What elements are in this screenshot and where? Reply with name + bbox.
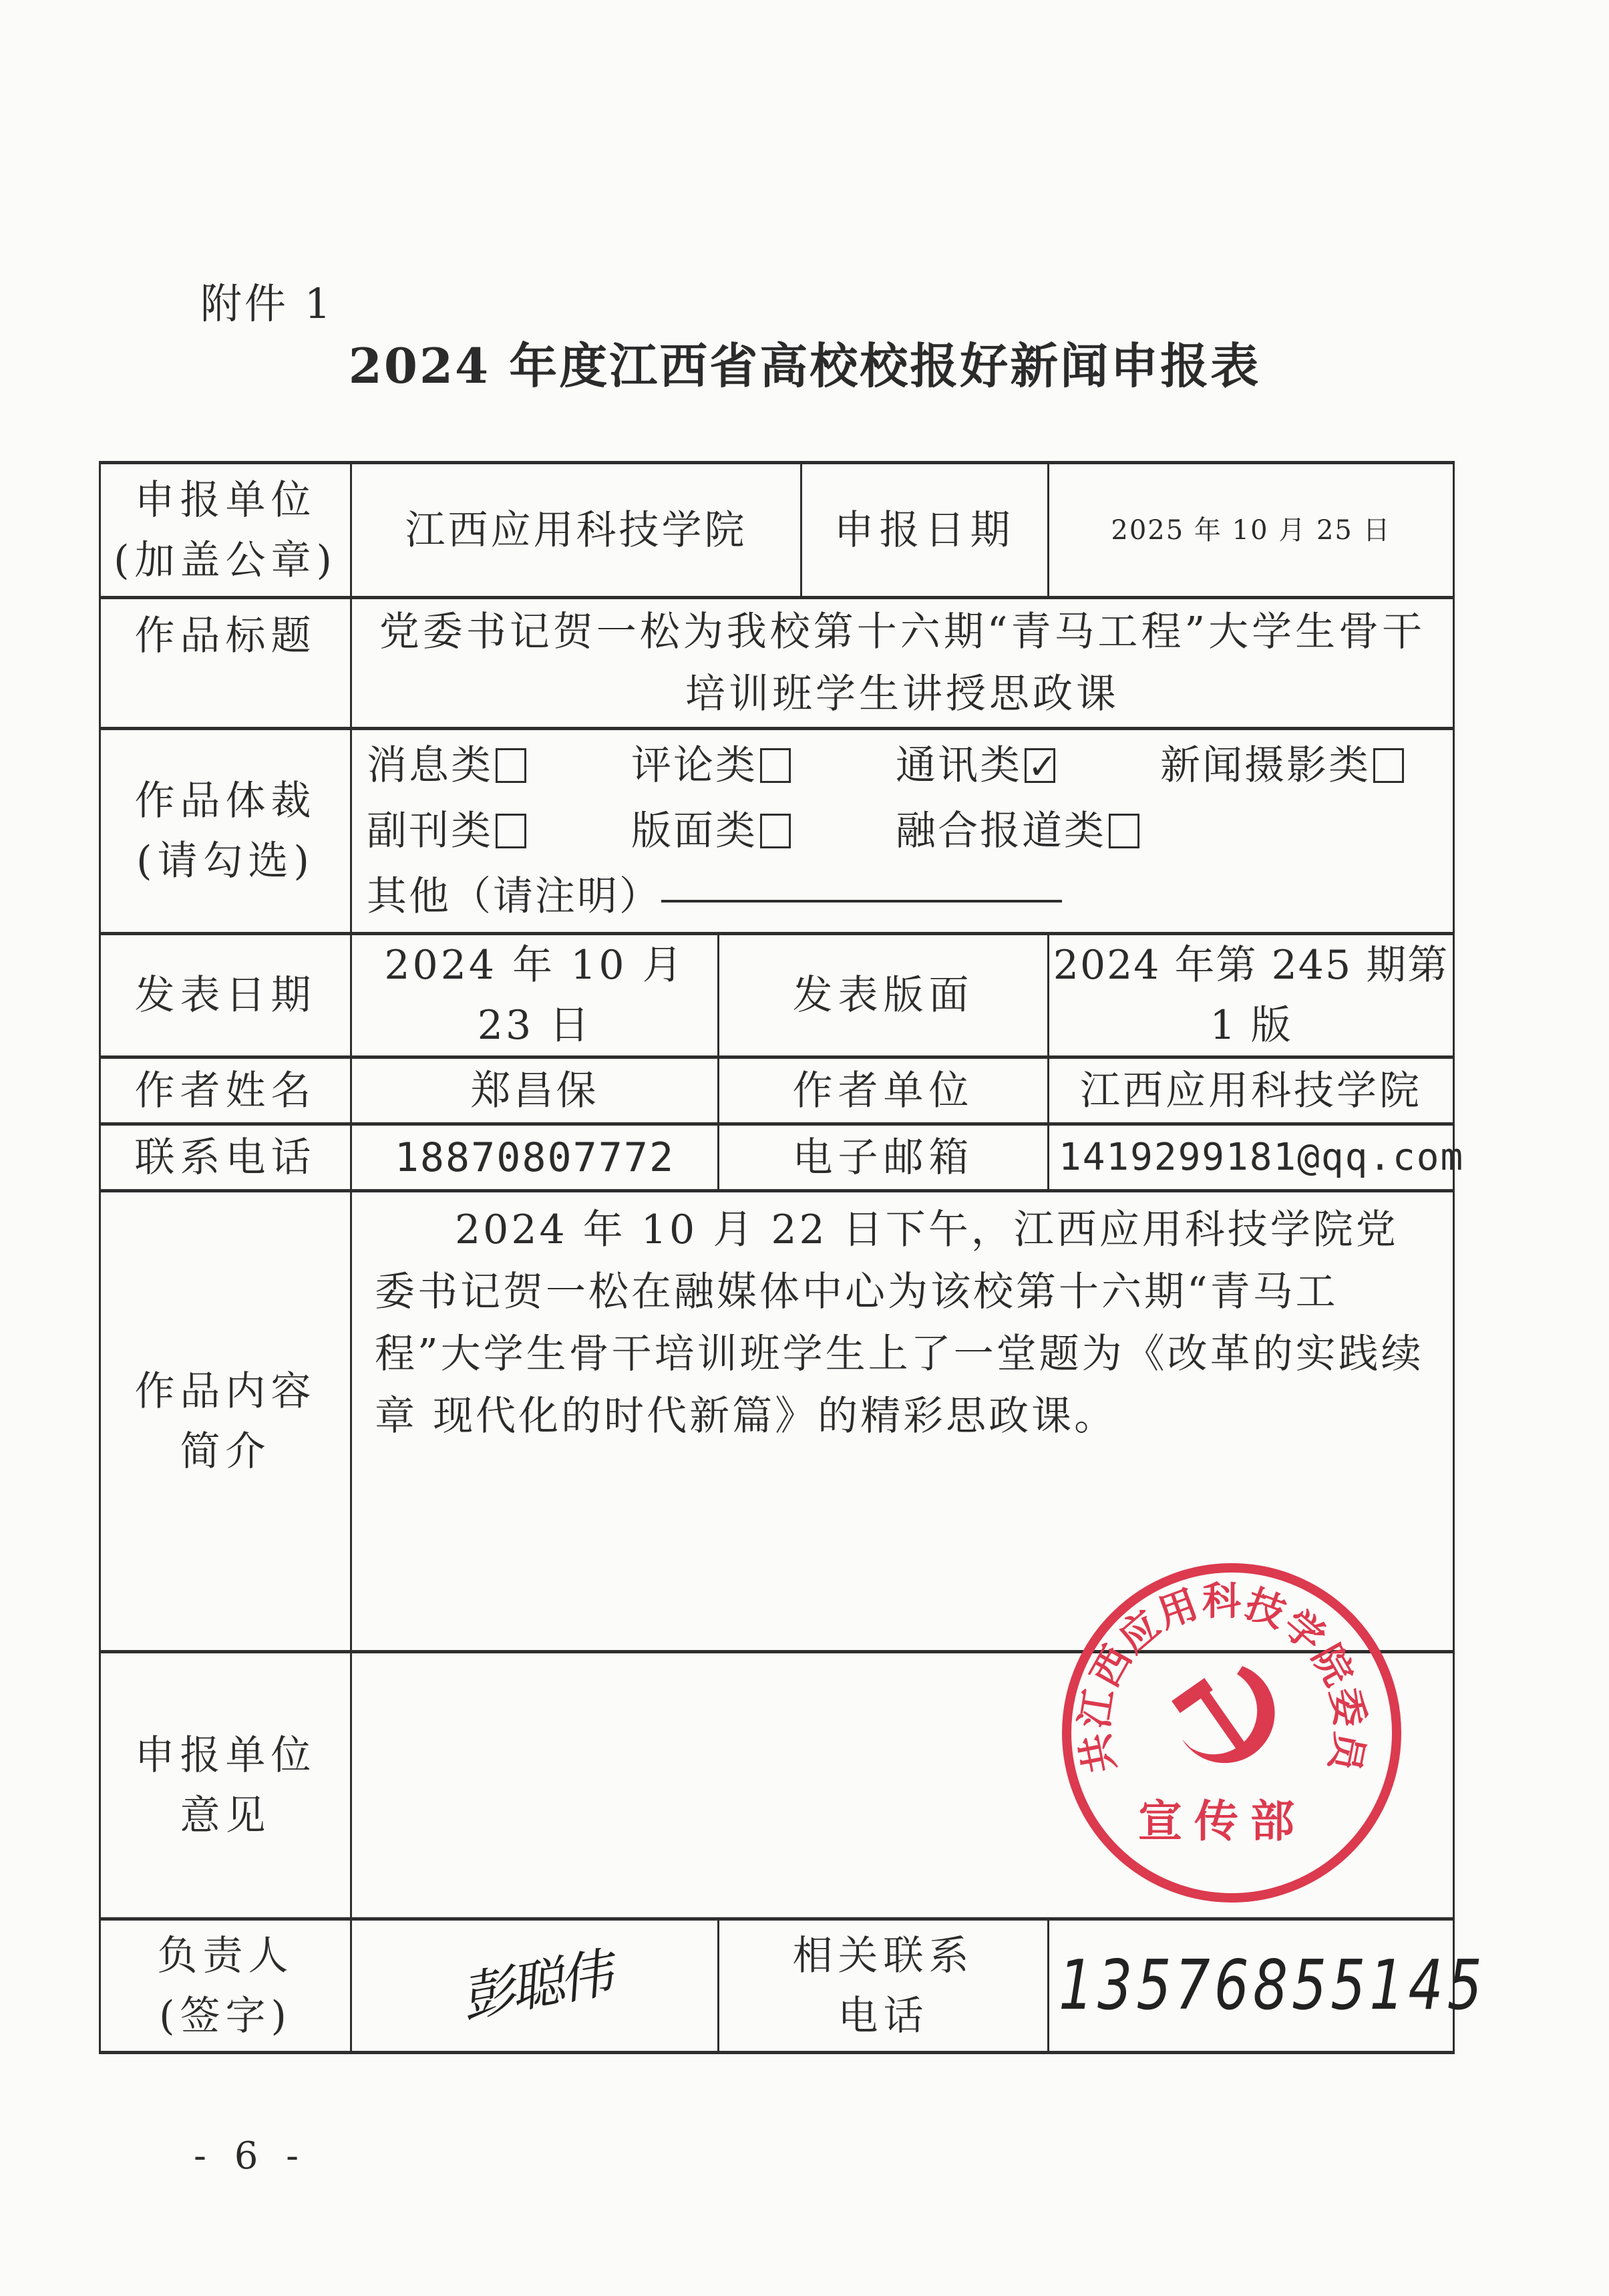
label-line: 作品内容 bbox=[110, 1361, 341, 1422]
option-label: 新闻摄影类 bbox=[1160, 742, 1371, 789]
genre-option-commentary[interactable]: 评论类 bbox=[631, 735, 896, 796]
genre-option-layout[interactable]: 版面类 bbox=[631, 801, 896, 861]
checkbox-checked-icon[interactable] bbox=[1025, 748, 1055, 783]
hammer-sickle-icon bbox=[1172, 1666, 1274, 1763]
checkbox-icon[interactable] bbox=[760, 748, 791, 783]
author-unit-label: 作者单位 bbox=[719, 1057, 1049, 1124]
email-value[interactable]: 1419299181@qq.com bbox=[1049, 1124, 1454, 1191]
label-line: 相关联系 bbox=[719, 1926, 1047, 1986]
signature-handwriting: 彭聪伟 bbox=[455, 1933, 614, 2038]
genre-label: 作品体裁 (请勾选) bbox=[100, 729, 351, 934]
checkbox-icon[interactable] bbox=[1373, 748, 1404, 783]
responsible-label: 负责人 (签字) bbox=[100, 1919, 351, 2053]
row-applicant: 申报单位 (加盖公章) 江西应用科技学院 申报日期 2025 年 10 月 25… bbox=[100, 463, 1454, 598]
phone-value[interactable]: 18870807772 bbox=[351, 1124, 719, 1191]
label-line: 简介 bbox=[110, 1422, 341, 1482]
option-label: 消息类 bbox=[367, 742, 493, 789]
option-label: 评论类 bbox=[631, 742, 757, 789]
publish-date-value[interactable]: 2024 年 10 月 23 日 bbox=[351, 934, 719, 1057]
contact-phone-label: 相关联系 电话 bbox=[719, 1919, 1049, 2053]
form-title: 2024 年度江西省高校校报好新闻申报表 bbox=[0, 327, 1609, 397]
phone-label: 联系电话 bbox=[100, 1124, 351, 1191]
genre-option-photo[interactable]: 新闻摄影类 bbox=[1160, 735, 1425, 796]
apply-date-value[interactable]: 2025 年 10 月 25 日 bbox=[1049, 463, 1454, 598]
row-author: 作者姓名 郑昌保 作者单位 江西应用科技学院 bbox=[100, 1057, 1454, 1124]
row-work-title: 作品标题 党委书记贺一松为我校第十六期“青马工程”大学生骨干培训班学生讲授思政课 bbox=[100, 598, 1454, 729]
label-line: 意见 bbox=[110, 1786, 341, 1846]
seal-center-text: 宣传部 bbox=[1138, 1796, 1306, 1847]
genre-options: 消息类 评论类 通讯类 新闻摄影类 副刊类 版面类 融合报道类 其他（请注明） bbox=[351, 729, 1454, 934]
publish-page-value[interactable]: 2024 年第 245 期第 1 版 bbox=[1049, 934, 1454, 1057]
option-label: 版面类 bbox=[631, 808, 757, 854]
checkbox-icon[interactable] bbox=[496, 748, 526, 783]
contact-phone-value[interactable]: 13576855145 bbox=[1049, 1919, 1454, 2053]
checkbox-icon[interactable] bbox=[760, 814, 791, 848]
label-line: (加盖公章) bbox=[110, 530, 341, 591]
checkbox-icon[interactable] bbox=[1109, 814, 1139, 848]
author-name-value[interactable]: 郑昌保 bbox=[351, 1057, 719, 1124]
row-signature: 负责人 (签字) 彭聪伟 相关联系 电话 13576855145 bbox=[100, 1919, 1454, 2053]
apply-date-label: 申报日期 bbox=[801, 463, 1049, 598]
publish-date-label: 发表日期 bbox=[100, 934, 351, 1057]
row-genre: 作品体裁 (请勾选) 消息类 评论类 通讯类 新闻摄影类 副刊类 版面类 融合报… bbox=[100, 729, 1454, 934]
page-number: - 6 - bbox=[194, 2134, 307, 2178]
row-contact: 联系电话 18870807772 电子邮箱 1419299181@qq.com bbox=[100, 1124, 1454, 1191]
opinion-label: 申报单位 意见 bbox=[100, 1652, 351, 1919]
author-unit-value[interactable]: 江西应用科技学院 bbox=[1049, 1057, 1454, 1124]
genre-option-supplement[interactable]: 副刊类 bbox=[367, 801, 631, 861]
svg-text:中共江西应用科技学院委员会: 中共江西应用科技学院委员会 bbox=[1071, 1573, 1373, 1778]
publish-page-label: 发表版面 bbox=[719, 934, 1049, 1057]
label-line: 作品体裁 bbox=[110, 771, 341, 831]
official-seal: 中共江西应用科技学院委员会 宣传部 bbox=[1062, 1563, 1401, 1903]
responsible-signature[interactable]: 彭聪伟 bbox=[351, 1919, 719, 2053]
genre-option-media[interactable]: 融合报道类 bbox=[896, 801, 1296, 861]
genre-other-label: 其他（请注明） bbox=[367, 866, 661, 927]
applicant-unit-value[interactable]: 江西应用科技学院 bbox=[351, 463, 801, 598]
author-name-label: 作者姓名 bbox=[100, 1057, 351, 1124]
seal-ring-text: 中共江西应用科技学院委员会 bbox=[1071, 1573, 1373, 1778]
attachment-label: 附件 1 bbox=[200, 271, 333, 330]
label-line: (请勾选) bbox=[110, 831, 341, 891]
summary-text: 2024 年 10 月 22 日下午，江西应用科技学院党委书记贺一松在融媒体中心… bbox=[361, 1192, 1443, 1454]
option-label: 通讯类 bbox=[896, 742, 1022, 789]
row-publish: 发表日期 2024 年 10 月 23 日 发表版面 2024 年第 245 期… bbox=[100, 934, 1454, 1057]
label-line: 电话 bbox=[719, 1986, 1047, 2046]
seal-graphic: 中共江西应用科技学院委员会 宣传部 bbox=[1071, 1573, 1373, 1874]
genre-option-news[interactable]: 消息类 bbox=[367, 735, 631, 796]
work-title-value[interactable]: 党委书记贺一松为我校第十六期“青马工程”大学生骨干培训班学生讲授思政课 bbox=[351, 598, 1454, 729]
email-label: 电子邮箱 bbox=[719, 1124, 1049, 1191]
work-title-label: 作品标题 bbox=[100, 598, 351, 729]
summary-label: 作品内容 简介 bbox=[100, 1191, 351, 1652]
checkbox-icon[interactable] bbox=[496, 814, 526, 848]
label-line: 负责人 bbox=[110, 1926, 341, 1986]
option-label: 副刊类 bbox=[367, 808, 493, 854]
label-line: (签字) bbox=[110, 1986, 341, 2046]
label-line: 申报单位 bbox=[110, 1726, 341, 1786]
label-line: 申报单位 bbox=[110, 470, 341, 530]
genre-option-feature[interactable]: 通讯类 bbox=[896, 735, 1160, 796]
option-label: 融合报道类 bbox=[896, 808, 1106, 854]
genre-other-input[interactable] bbox=[661, 866, 1062, 903]
phone-handwriting: 13576855145 bbox=[1059, 1935, 1486, 2037]
applicant-unit-label: 申报单位 (加盖公章) bbox=[100, 463, 351, 598]
